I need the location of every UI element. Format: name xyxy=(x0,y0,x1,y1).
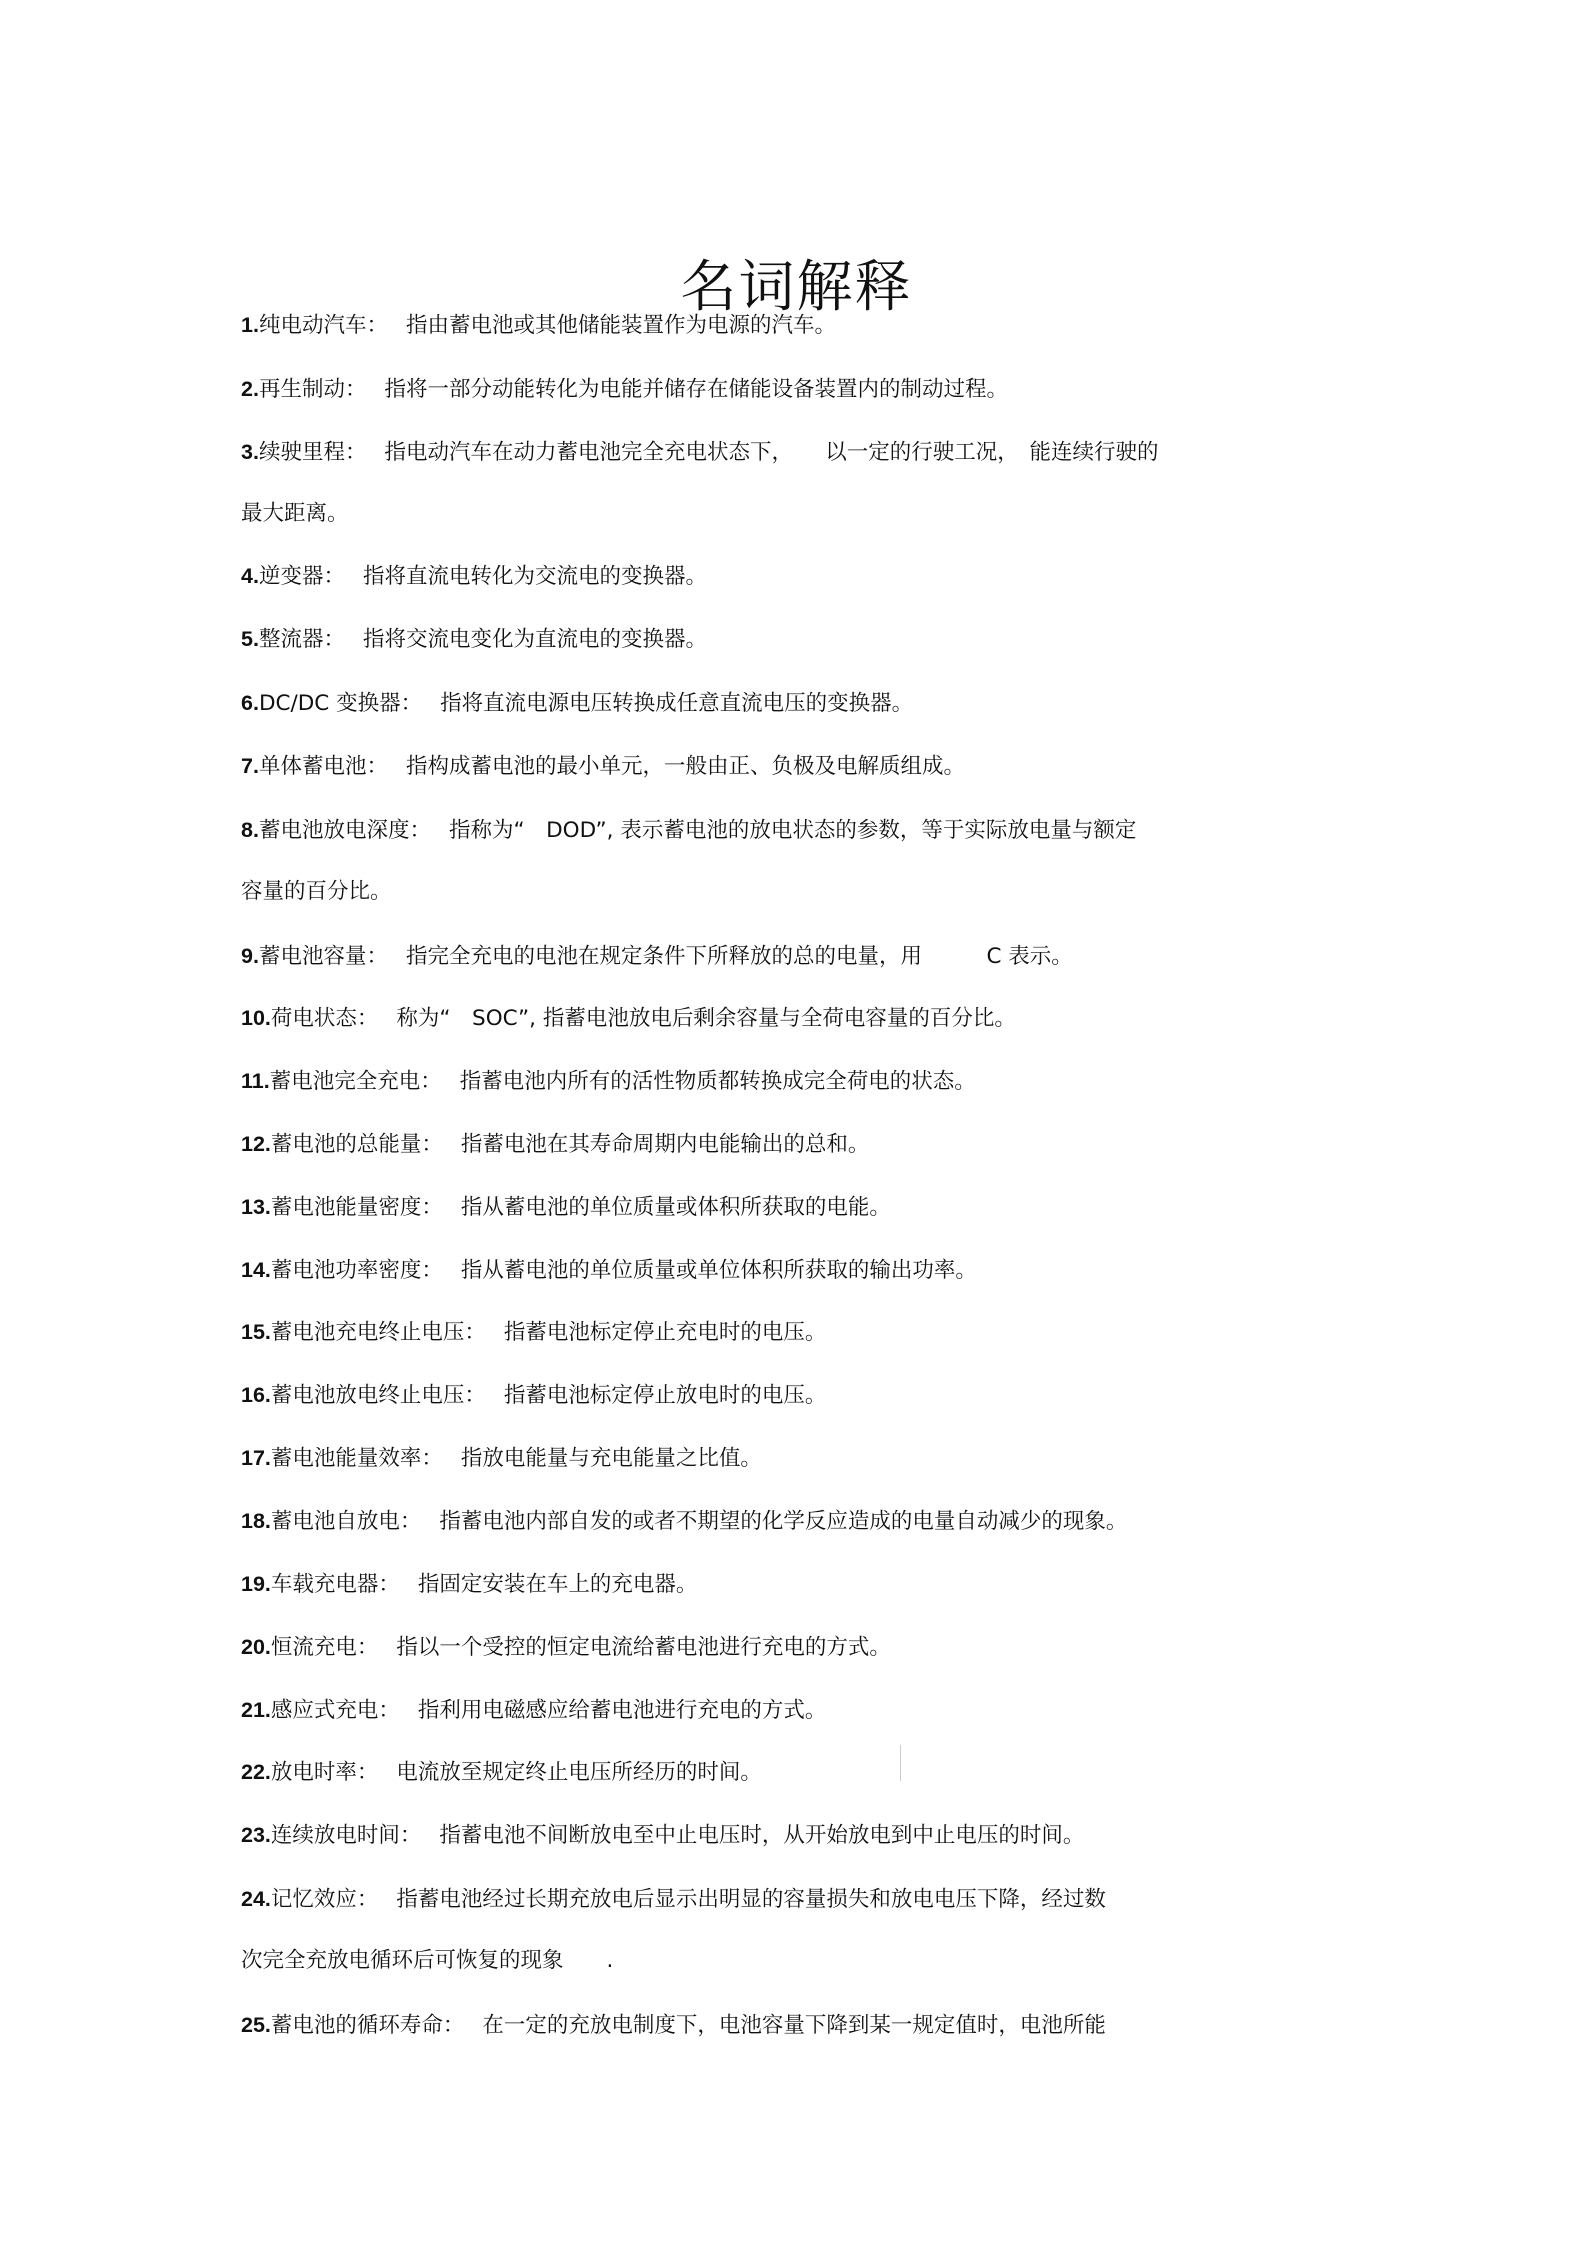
entry-definition: 指蓄电池在其寿命周期内电能输出的总和。 xyxy=(461,1132,870,1157)
entry-term: 单体蓄电池： xyxy=(259,754,388,779)
entry-number: 23. xyxy=(241,1823,271,1847)
entry-definition: 指完全充电的电池在规定条件下所释放的总的电量，用 C 表示。 xyxy=(406,944,1073,969)
entry-term: 蓄电池自放电： xyxy=(271,1509,422,1534)
glossary-entry: 23.连续放电时间：指蓄电池不间断放电至中止电压时，从开始放电到中止电压的时间。 xyxy=(241,1820,1084,1851)
glossary-entry: 15.蓄电池充电终止电压：指蓄电池标定停止充电时的电压。 xyxy=(241,1317,826,1348)
entry-number: 20. xyxy=(241,1635,271,1659)
entry-definition: 指以一个受控的恒定电流给蓄电池进行充电的方式。 xyxy=(396,1635,891,1660)
entry-continuation: 次完全充放电循环后可恢复的现象 . xyxy=(241,1946,613,1976)
entry-term: 纯电动汽车： xyxy=(259,313,388,338)
entry-definition: 指由蓄电池或其他储能装置作为电源的汽车。 xyxy=(406,313,836,338)
glossary-entry: 5.整流器：指将交流电变化为直流电的变换器。 xyxy=(241,624,707,655)
entry-number: 11. xyxy=(241,1069,270,1093)
entry-continuation: 容量的百分比。 xyxy=(241,877,392,907)
entry-number: 15. xyxy=(241,1320,271,1344)
entry-definition: 指从蓄电池的单位质量或单位体积所获取的输出功率。 xyxy=(461,1258,977,1283)
glossary-entry: 13.蓄电池能量密度：指从蓄电池的单位质量或体积所获取的电能。 xyxy=(241,1192,891,1223)
entry-term: 续驶里程： xyxy=(259,440,367,465)
entry-term: 再生制动： xyxy=(259,377,367,402)
entry-term: 蓄电池完全充电： xyxy=(270,1069,442,1094)
glossary-entry: 16.蓄电池放电终止电压：指蓄电池标定停止放电时的电压。 xyxy=(241,1380,826,1411)
entry-number: 2. xyxy=(241,377,259,401)
entry-number: 13. xyxy=(241,1195,271,1219)
entry-number: 7. xyxy=(241,754,259,778)
glossary-entry: 14.蓄电池功率密度：指从蓄电池的单位质量或单位体积所获取的输出功率。 xyxy=(241,1255,977,1286)
entry-term: 蓄电池的总能量： xyxy=(271,1132,443,1157)
entry-definition: 指蓄电池内部自发的或者不期望的化学反应造成的电量自动减少的现象。 xyxy=(439,1509,1127,1534)
entry-term: 逆变器： xyxy=(259,564,345,589)
entry-number: 22. xyxy=(241,1760,271,1784)
entry-term: 放电时率： xyxy=(271,1760,379,1785)
entry-definition: 指构成蓄电池的最小单元，一般由正、负极及电解质组成。 xyxy=(406,754,965,779)
entry-term: DC/DC 变换器： xyxy=(259,691,422,716)
entry-number: 17. xyxy=(241,1446,271,1470)
entry-definition: 指放电能量与充电能量之比值。 xyxy=(461,1446,762,1471)
vertical-divider xyxy=(900,1745,901,1781)
glossary-entry: 18.蓄电池自放电：指蓄电池内部自发的或者不期望的化学反应造成的电量自动减少的现… xyxy=(241,1506,1127,1537)
entry-term: 蓄电池功率密度： xyxy=(271,1258,443,1283)
entry-definition: 指利用电磁感应给蓄电池进行充电的方式。 xyxy=(418,1698,827,1723)
entry-definition: 指将交流电变化为直流电的变换器。 xyxy=(363,627,707,652)
entry-definition: 在一定的充放电制度下，电池容量下降到某一规定值时，电池所能 xyxy=(482,2013,1106,2038)
entry-term: 连续放电时间： xyxy=(271,1823,422,1848)
entry-term: 蓄电池能量效率： xyxy=(271,1446,443,1471)
glossary-entry: 11.蓄电池完全充电：指蓄电池内所有的活性物质都转换成完全荷电的状态。 xyxy=(241,1066,976,1097)
entry-definition: 指将直流电源电压转换成任意直流电压的变换器。 xyxy=(440,691,913,716)
entry-number: 3. xyxy=(241,440,259,464)
glossary-entry: 3.续驶里程：指电动汽车在动力蓄电池完全充电状态下， 以一定的行驶工况， 能连续… xyxy=(241,437,1158,468)
glossary-entry: 10.荷电状态：称为“ SOC”, 指蓄电池放电后剩余容量与全荷电容量的百分比。 xyxy=(241,1003,1016,1034)
entry-definition: 指蓄电池内所有的活性物质都转换成完全荷电的状态。 xyxy=(460,1069,976,1094)
entry-definition: 指蓄电池标定停止放电时的电压。 xyxy=(504,1383,827,1408)
entry-definition: 指蓄电池标定停止充电时的电压。 xyxy=(504,1320,827,1345)
entry-number: 24. xyxy=(241,1887,271,1911)
entry-term: 恒流充电： xyxy=(271,1635,379,1660)
glossary-entry: 7.单体蓄电池：指构成蓄电池的最小单元，一般由正、负极及电解质组成。 xyxy=(241,751,965,782)
glossary-entry: 8.蓄电池放电深度：指称为“ DOD”, 表示蓄电池的放电状态的参数，等于实际放… xyxy=(241,815,1136,846)
entry-number: 18. xyxy=(241,1509,271,1533)
entry-definition: 电流放至规定终止电压所经历的时间。 xyxy=(396,1760,762,1785)
entry-term: 记忆效应： xyxy=(271,1887,379,1912)
glossary-entry: 20.恒流充电：指以一个受控的恒定电流给蓄电池进行充电的方式。 xyxy=(241,1632,891,1663)
entry-definition: 指称为“ DOD”, 表示蓄电池的放电状态的参数，等于实际放电量与额定 xyxy=(449,818,1136,843)
entry-number: 25. xyxy=(241,2013,271,2037)
glossary-entry: 2.再生制动：指将一部分动能转化为电能并储存在储能设备装置内的制动过程。 xyxy=(241,374,1008,405)
entry-term: 车载充电器： xyxy=(271,1572,400,1597)
entry-definition: 称为“ SOC”, 指蓄电池放电后剩余容量与全荷电容量的百分比。 xyxy=(396,1006,1015,1031)
glossary-entry: 24.记忆效应：指蓄电池经过长期充放电后显示出明显的容量损失和放电电压下降，经过… xyxy=(241,1884,1106,1915)
entry-number: 5. xyxy=(241,627,259,651)
entry-definition: 指固定安装在车上的充电器。 xyxy=(418,1572,698,1597)
glossary-entry: 9.蓄电池容量：指完全充电的电池在规定条件下所释放的总的电量，用 C 表示。 xyxy=(241,941,1073,972)
entry-number: 21. xyxy=(241,1698,271,1722)
entry-definition: 指从蓄电池的单位质量或体积所获取的电能。 xyxy=(461,1195,891,1220)
entry-term: 蓄电池容量： xyxy=(259,944,388,969)
glossary-entry: 12.蓄电池的总能量：指蓄电池在其寿命周期内电能输出的总和。 xyxy=(241,1129,869,1160)
glossary-entry: 4.逆变器：指将直流电转化为交流电的变换器。 xyxy=(241,561,707,592)
entry-definition: 指将一部分动能转化为电能并储存在储能设备装置内的制动过程。 xyxy=(384,377,1008,402)
glossary-entry: 22.放电时率：电流放至规定终止电压所经历的时间。 xyxy=(241,1757,762,1788)
entry-number: 6. xyxy=(241,691,259,715)
entry-number: 8. xyxy=(241,818,259,842)
glossary-entry: 21.感应式充电：指利用电磁感应给蓄电池进行充电的方式。 xyxy=(241,1695,826,1726)
entry-term: 蓄电池能量密度： xyxy=(271,1195,443,1220)
entry-definition: 指将直流电转化为交流电的变换器。 xyxy=(363,564,707,589)
glossary-entry: 19.车载充电器：指固定安装在车上的充电器。 xyxy=(241,1569,697,1600)
entry-term: 荷电状态： xyxy=(271,1006,379,1031)
entry-number: 12. xyxy=(241,1132,271,1156)
entry-number: 1. xyxy=(241,313,259,337)
entry-definition: 指电动汽车在动力蓄电池完全充电状态下， 以一定的行驶工况， 能连续行驶的 xyxy=(384,440,1158,465)
entry-term: 蓄电池充电终止电压： xyxy=(271,1320,486,1345)
entry-number: 9. xyxy=(241,944,259,968)
entry-definition: 指蓄电池经过长期充放电后显示出明显的容量损失和放电电压下降，经过数 xyxy=(396,1887,1106,1912)
glossary-entry: 6.DC/DC 变换器：指将直流电源电压转换成任意直流电压的变换器。 xyxy=(241,688,913,719)
entry-term: 整流器： xyxy=(259,627,345,652)
entry-term: 蓄电池放电深度： xyxy=(259,818,431,843)
entry-number: 10. xyxy=(241,1006,271,1030)
entry-number: 14. xyxy=(241,1258,271,1282)
glossary-entry: 25.蓄电池的循环寿命：在一定的充放电制度下，电池容量下降到某一规定值时，电池所… xyxy=(241,2010,1106,2041)
glossary-entry: 17.蓄电池能量效率：指放电能量与充电能量之比值。 xyxy=(241,1443,762,1474)
entry-number: 4. xyxy=(241,564,259,588)
glossary-entry: 1.纯电动汽车：指由蓄电池或其他储能装置作为电源的汽车。 xyxy=(241,310,836,341)
entry-continuation: 最大距离。 xyxy=(241,499,349,529)
entry-number: 19. xyxy=(241,1572,271,1596)
entry-definition: 指蓄电池不间断放电至中止电压时，从开始放电到中止电压的时间。 xyxy=(439,1823,1084,1848)
entry-number: 16. xyxy=(241,1383,271,1407)
entry-term: 蓄电池的循环寿命： xyxy=(271,2013,465,2038)
entry-term: 蓄电池放电终止电压： xyxy=(271,1383,486,1408)
entry-term: 感应式充电： xyxy=(271,1698,400,1723)
